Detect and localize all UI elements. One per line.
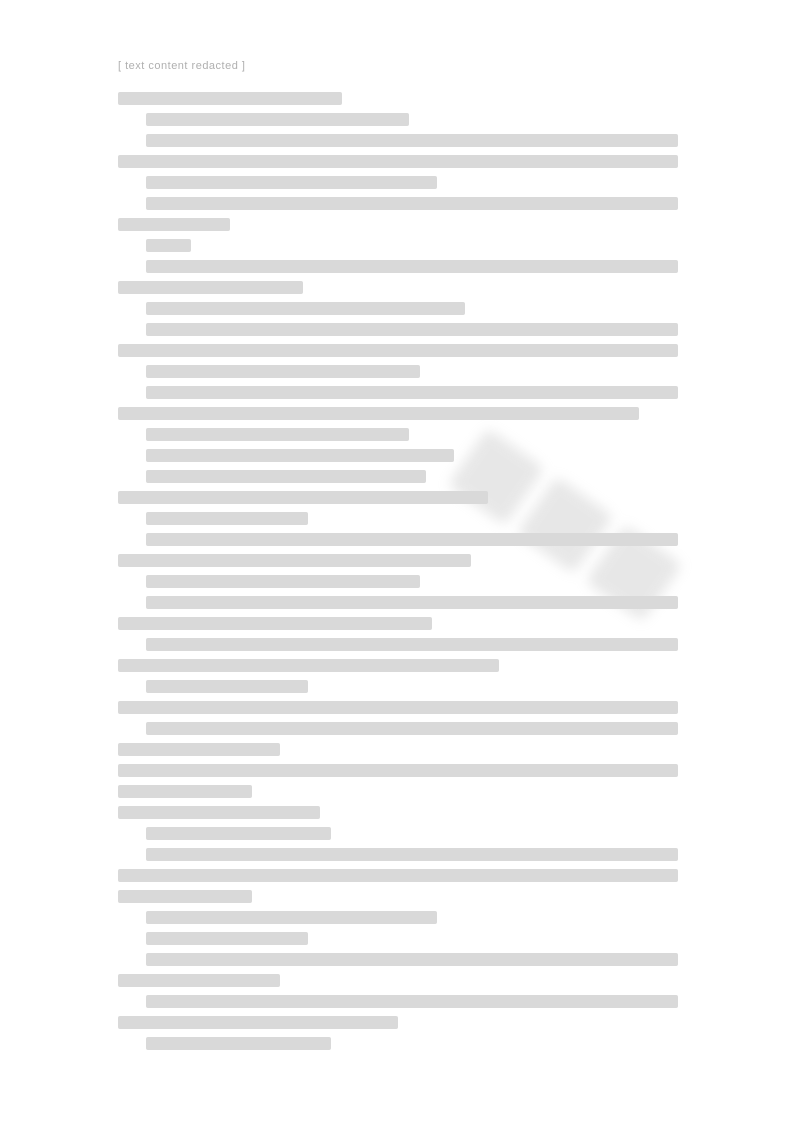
redacted-text-line: [118, 991, 678, 1012]
redacted-text-bar: [146, 428, 409, 441]
redacted-text-line: [118, 109, 678, 130]
redacted-text-line: [118, 634, 678, 655]
redacted-text-bar: [146, 302, 465, 315]
redacted-text-line: [118, 529, 678, 550]
redacted-text-bar: [118, 890, 252, 903]
redacted-text-line: [118, 1033, 678, 1054]
redacted-text-line: [118, 508, 678, 529]
redacted-text-line: [118, 382, 678, 403]
redacted-text-line: [118, 466, 678, 487]
redacted-text-bar: [146, 533, 678, 546]
redacted-text-line: [118, 949, 678, 970]
redacted-text-line: [118, 88, 678, 109]
redacted-text-bar: [146, 848, 678, 861]
redacted-text-line: [118, 907, 678, 928]
redacted-text-line: [118, 970, 678, 991]
redacted-text-line: [118, 760, 678, 781]
redacted-text-bar: [146, 197, 678, 210]
redacted-text-line: [118, 697, 678, 718]
redacted-text-bar: [146, 365, 420, 378]
redacted-text-bar: [146, 995, 678, 1008]
redacted-text-line: [118, 592, 678, 613]
redacted-text-line: [118, 823, 678, 844]
redacted-text-bar: [146, 386, 678, 399]
redacted-text-line: [118, 319, 678, 340]
redacted-text-line: [118, 487, 678, 508]
redacted-text-line: [118, 886, 678, 907]
redacted-text-line: [118, 340, 678, 361]
redacted-text-line: [118, 613, 678, 634]
redacted-text-bar: [146, 1037, 331, 1050]
redacted-text-bar: [146, 911, 437, 924]
text-column: [118, 88, 678, 1054]
redacted-text-bar: [146, 239, 191, 252]
redacted-text-line: [118, 214, 678, 235]
redacted-text-line: [118, 802, 678, 823]
redacted-text-bar: [118, 281, 303, 294]
redacted-text-line: [118, 424, 678, 445]
redacted-text-line: [118, 361, 678, 382]
redacted-text-bar: [146, 176, 437, 189]
redacted-text-line: [118, 256, 678, 277]
redacted-text-line: [118, 550, 678, 571]
redacted-text-bar: [118, 701, 678, 714]
redacted-text-line: [118, 739, 678, 760]
redacted-text-line: [118, 403, 678, 424]
redacted-text-bar: [146, 575, 420, 588]
redacted-text-bar: [118, 554, 471, 567]
redacted-text-line: [118, 235, 678, 256]
document-page: [ text content redacted ]: [0, 0, 793, 1122]
redacted-text-line: [118, 1012, 678, 1033]
redacted-text-bar: [146, 470, 426, 483]
redacted-text-bar: [118, 785, 252, 798]
redacted-text-bar: [146, 512, 308, 525]
redacted-text-bar: [146, 596, 678, 609]
redacted-text-bar: [146, 953, 678, 966]
redacted-text-line: [118, 277, 678, 298]
redacted-text-bar: [118, 92, 342, 105]
redacted-text-bar: [118, 218, 230, 231]
redacted-text-bar: [118, 869, 678, 882]
redacted-text-line: [118, 676, 678, 697]
redacted-text-bar: [146, 449, 454, 462]
redacted-text-bar: [146, 260, 678, 273]
redacted-text-bar: [146, 134, 678, 147]
redacted-text-bar: [146, 113, 409, 126]
redacted-text-line: [118, 781, 678, 802]
redaction-notice: [ text content redacted ]: [118, 60, 245, 72]
redacted-text-line: [118, 571, 678, 592]
redacted-text-line: [118, 298, 678, 319]
redacted-text-bar: [118, 344, 678, 357]
redacted-text-line: [118, 928, 678, 949]
redacted-text-bar: [118, 743, 280, 756]
redacted-text-bar: [118, 491, 488, 504]
redacted-text-bar: [146, 932, 308, 945]
redacted-text-line: [118, 718, 678, 739]
redacted-text-line: [118, 844, 678, 865]
redacted-text-line: [118, 655, 678, 676]
redacted-text-line: [118, 130, 678, 151]
redacted-text-bar: [118, 155, 678, 168]
redacted-text-bar: [118, 1016, 398, 1029]
redacted-text-bar: [118, 806, 320, 819]
redacted-text-bar: [118, 617, 432, 630]
redacted-text-line: [118, 151, 678, 172]
redacted-text-bar: [118, 764, 678, 777]
redacted-text-bar: [146, 323, 678, 336]
redacted-text-bar: [146, 680, 308, 693]
redacted-text-line: [118, 193, 678, 214]
redacted-text-bar: [118, 659, 499, 672]
redacted-text-bar: [118, 407, 639, 420]
redacted-text-line: [118, 865, 678, 886]
redacted-text-bar: [146, 722, 678, 735]
redacted-text-line: [118, 445, 678, 466]
redacted-text-bar: [118, 974, 280, 987]
redacted-text-line: [118, 172, 678, 193]
redacted-text-bar: [146, 827, 331, 840]
redacted-text-bar: [146, 638, 678, 651]
